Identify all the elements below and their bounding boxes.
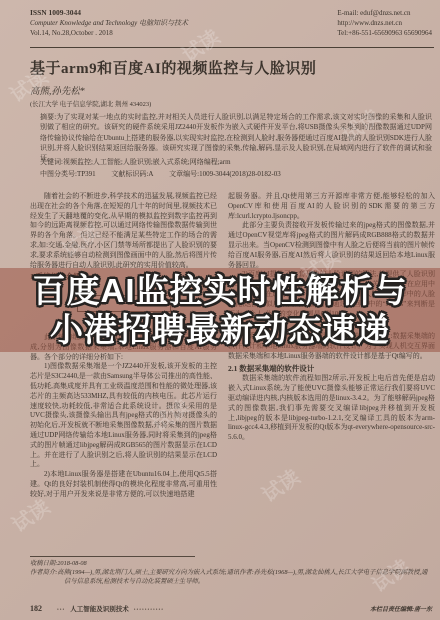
journal-tel: Tel:+86-551-65690963 65690964 [337,28,432,38]
article-title: 基于arm9和百度AI的视频监控与人脸识别 [30,57,316,78]
paragraph: 随着社会的不断进步,科学技术的迅猛发展,视频监控已经出现在社会的各个角落,在短短… [30,192,217,270]
clc-number: 中图分类号:TP391 [40,170,96,178]
journal-email: E-mail: eduf@dnzs.net.cn [337,8,432,18]
journal-header-right: E-mail: eduf@dnzs.net.cn http://www.dnzs… [337,8,432,38]
page-number: 182 [30,604,42,613]
responsible-editor: 本栏目责任编辑:唐一东 [370,604,432,613]
journal-header-left: ISSN 1009-3044 Computer Knowledge and Te… [30,8,188,38]
author-bio: 作者简介:高熊(1994—),男,湖北荆门人,硕士,主要研究方向为嵌入式系统;通… [30,569,432,587]
page-footer-bar: 182 ••• 人工智能及识别技术 ••••••••••• 本栏目责任编辑:唐一… [30,604,432,613]
overlay-banner-line-2: 小港招聘最新动态速递 [50,310,390,349]
footer-ornament-right: ••••••••••• [134,608,164,613]
document-code: 文献标识码:A [111,170,153,178]
column-section-label: 人工智能及识别技术 [70,604,129,613]
footer-ornament-left: ••• [57,608,65,613]
scanned-paper-page: ISSN 1009-3044 Computer Knowledge and Te… [0,0,440,620]
footnote-block: 收稿日期:2018-08-08 作者简介:高熊(1994—),男,湖北荆门人,硕… [30,560,432,586]
journal-volume: Vol.14, No.28,October . 2018 [30,28,188,38]
journal-name: Computer Knowledge and Technology 电脑知识与技… [30,18,188,28]
paragraph: 数据采集端的软件流程如图2所示,开发板上电后首先便是启动嵌入式Linux系统,为… [228,374,435,443]
overlay-banner-line-1: 百度AI监控实时性解析与 [33,271,408,310]
section-heading-2-1: 2.1 数据采集端的软件设计 [228,364,435,374]
body-column-left: 随着社会的不断进步,科学技术的迅猛发展,视频监控已经出现在社会的各个角落,在短短… [30,192,217,552]
article-authors: 高熊,孙先松* [30,83,85,97]
journal-header: ISSN 1009-3044 Computer Knowledge and Te… [30,8,432,38]
article-affiliation: (长江大学 电子信息学院,湖北 荆州 434023) [30,99,151,108]
header-divider [30,47,434,48]
article-number: 文章编号:1009-3044(2018)28-0182-03 [169,170,281,178]
issn: ISSN 1009-3044 [30,8,188,18]
paragraph: 起服务器。并且,Qt使用第三方开源库非常方便,能够轻松的加入OpenCV库和使用… [228,192,435,221]
footnote-divider [30,556,195,557]
article-keywords: 关键词:视频监控;人工智能;人脸识别;嵌入式系统;网络编程;arm [40,157,231,167]
article-abstract: 摘要:为了实现对某一地点的实时监控,并对相关人员进行人脸识别,以满足特定场合的工… [40,112,432,163]
body-column-right: 起服务器。并且,Qt使用第三方开源库非常方便,能够轻松的加入OpenCV库和使用… [228,192,435,552]
paragraph: 2)本地Linux服务器是搭建在Ubuntu16.04上,使用Qt5.5搭建。Q… [30,470,217,499]
journal-website: http://www.dnzs.net.cn [337,18,432,28]
paragraph: 此部分主要负责接收开发板传输过来的jpeg格式的图像数据,并通过OpenCV视觉… [228,221,435,270]
article-classification-line: 中图分类号:TP391 文献标识码:A 文章编号:1009-3044(2018)… [40,169,295,179]
overlay-banner: 百度AI监控实时性解析与 小港招聘最新动态速递 [0,268,440,352]
received-date: 收稿日期:2018-08-08 [30,560,432,569]
paragraph: 1)图像数据采集端是一个JZ2440开发板,该开发板的主控芯片是S3C2440,… [30,362,217,470]
